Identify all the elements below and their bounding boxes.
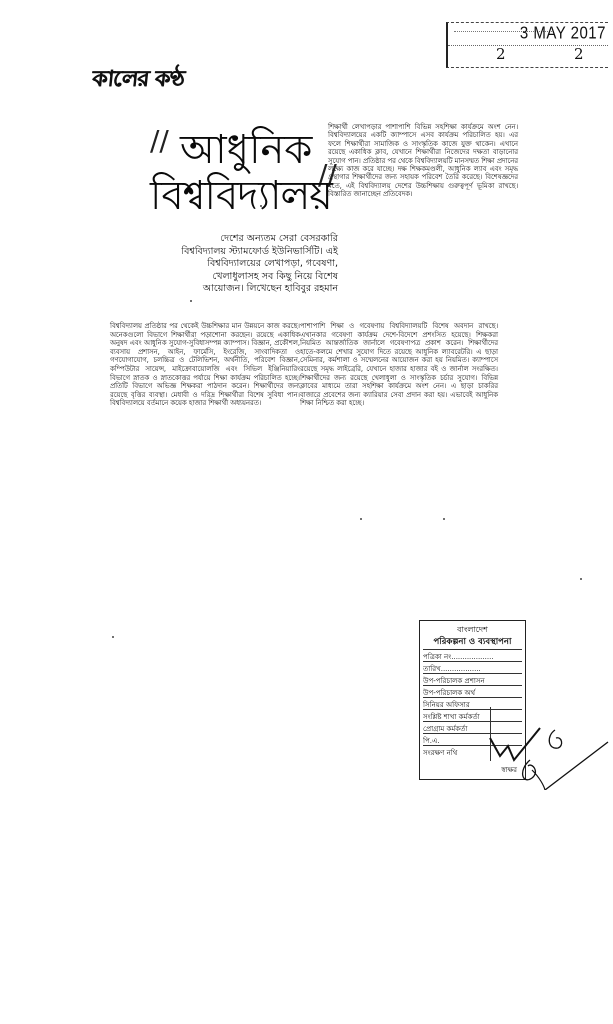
scan-speck <box>443 518 445 520</box>
deck-line: বিশ্ববিদ্যালয় স্ট্যামফোর্ড ইউনিভার্সিটি… <box>160 246 338 259</box>
stamp-divider <box>448 45 608 46</box>
scan-speck <box>190 300 192 302</box>
article-column-top-right: শিক্ষার্থী লেখাপড়ার পাশাপাশি বিভিন্ন সহ… <box>328 123 518 199</box>
date-received-stamp: 3 MAY 2017 2 2 <box>446 22 608 68</box>
handwritten-signature-icon <box>470 690 610 790</box>
scan-speck <box>112 636 114 638</box>
stamp-date: 3 MAY 2017 <box>520 24 606 44</box>
scan-speck <box>580 578 582 580</box>
stamp-number-left: 2 <box>496 45 506 63</box>
headline-line-2: বিশ্ববিদ্যালয় <box>150 164 332 231</box>
deck-line: দেশের অন্যতম সেরা বেসরকারি <box>160 233 338 246</box>
quote-mark-icon: // <box>150 124 169 157</box>
article-deck: দেশের অন্যতম সেরা বেসরকারি বিশ্ববিদ্যালয… <box>160 233 338 296</box>
article-column-1: বিশ্ববিদ্যালয় প্রতিষ্ঠার পর থেকেই উচ্চশ… <box>110 322 300 408</box>
deck-line: খেলাধুলাসহ সব কিছু নিয়ে বিশেষ <box>160 271 338 284</box>
article-column-2: পাশাপাশি শিক্ষা ও গবেষণায় বিশ্ববিদ্যালয… <box>300 322 498 408</box>
stamp-number-right: 2 <box>574 45 584 63</box>
newspaper-clipping-scan: 3 MAY 2017 2 2 কালের কণ্ঠ // আধুনিক // ব… <box>0 0 613 1024</box>
deck-line: আয়োজন। লিখেছেন হাবিবুর রহমান <box>160 283 338 296</box>
newspaper-masthead: কালের কণ্ঠ <box>90 62 185 99</box>
scan-speck <box>360 518 362 520</box>
scan-speck <box>260 205 262 207</box>
routing-stamp-subtitle: পরিকল্পনা ও ব্যবস্থাপনা <box>420 635 525 649</box>
deck-line: বিশ্ববিদ্যালয়ের লেখাপড়া, গবেষণা, <box>160 258 338 271</box>
